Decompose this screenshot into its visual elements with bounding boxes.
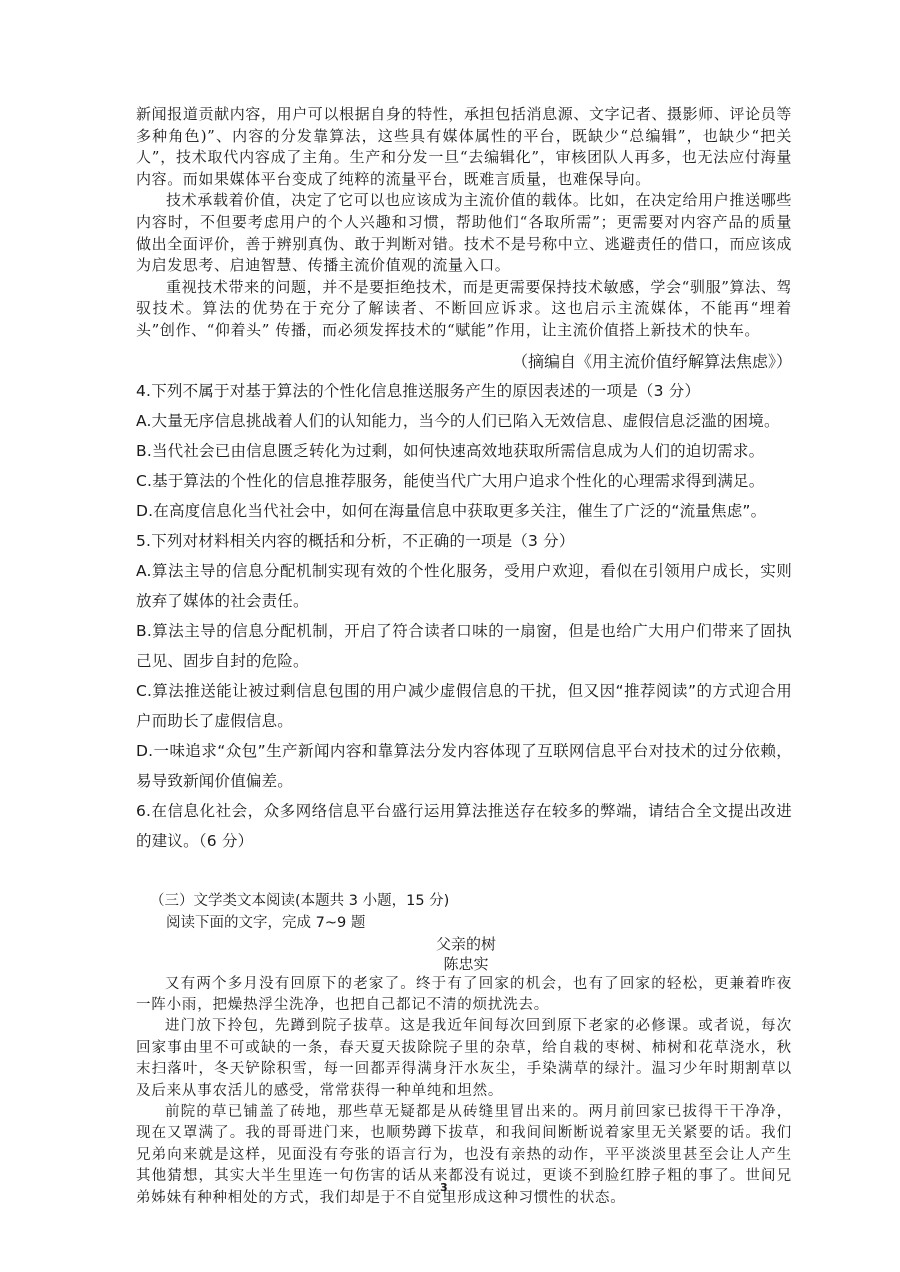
question-stem: 5.下列对材料相关内容的概括和分析，不正确的一项是（3 分） <box>136 526 792 556</box>
passage-paragraph: 技术承载着价值，决定了它可以也应该成为主流价值的载体。比如，在决定给用户推送哪些… <box>136 190 792 276</box>
option-a: A.算法主导的信息分配机制实现有效的个性化服务，受用户欢迎，看似在引领用户成长，… <box>136 556 792 616</box>
option-c: C.算法推送能让被过剩信息包围的用户减少虚假信息的干扰，但又因“推荐阅读”的方式… <box>136 676 792 736</box>
article-paragraph: 又有两个多月没有回原下的老家了。终于有了回家的机会，也有了回家的轻松，更兼着昨夜… <box>136 974 792 1017</box>
exam-page: 新闻报道贡献内容，用户可以根据自身的特性，承担包括消息源、文字记者、摄影师、评论… <box>136 104 792 1209</box>
article-author: 陈忠实 <box>136 954 792 974</box>
passage-paragraph: 新闻报道贡献内容，用户可以根据自身的特性，承担包括消息源、文字记者、摄影师、评论… <box>136 104 792 190</box>
question-4: 4.下列不属于对基于算法的个性化信息推送服务产生的原因表述的一项是（3 分） A… <box>136 376 792 526</box>
section-heading: （三）文学类文本阅读(本题共 3 小题，15 分) <box>150 890 792 912</box>
section-instruction: 阅读下面的文字，完成 7~9 题 <box>166 912 792 934</box>
passage-paragraph: 重视技术带来的问题，并不是要拒绝技术，而是更需要保持技术敏感，学会“驯服”算法、… <box>136 277 792 342</box>
option-b: B.算法主导的信息分配机制，开启了符合读者口味的一扇窗，但是也给广大用户们带来了… <box>136 616 792 676</box>
article-paragraph: 前院的草已铺盖了砖地，那些草无疑都是从砖缝里冒出来的。两月前回家已拔得干干净净，… <box>136 1102 792 1209</box>
article-title: 父亲的树 <box>136 934 792 954</box>
article-paragraph: 进门放下拎包，先蹲到院子拔草。这是我近年间每次回到原下老家的必修课。或者说，每次… <box>136 1016 792 1102</box>
option-d: D.在高度信息化当代社会中，如何在海量信息中获取更多关注，催生了广泛的“流量焦虑… <box>136 496 792 526</box>
option-a: A.大量无序信息挑战着人们的认知能力，当今的人们已陷入无效信息、虚假信息泛滥的困… <box>136 406 792 436</box>
section-literary-reading: （三）文学类文本阅读(本题共 3 小题，15 分) 阅读下面的文字，完成 7~9… <box>136 890 792 1209</box>
question-6: 6.在信息化社会，众多网络信息平台盛行运用算法推送存在较多的弊端，请结合全文提出… <box>136 796 792 856</box>
question-5: 5.下列对材料相关内容的概括和分析，不正确的一项是（3 分） A.算法主导的信息… <box>136 526 792 796</box>
page-number: 3 <box>440 1181 448 1194</box>
passage-source: （摘编自《用主流价值纾解算法焦虑》） <box>136 350 792 374</box>
passage-excerpt: 新闻报道贡献内容，用户可以根据自身的特性，承担包括消息源、文字记者、摄影师、评论… <box>136 104 792 374</box>
question-stem: 4.下列不属于对基于算法的个性化信息推送服务产生的原因表述的一项是（3 分） <box>136 376 792 406</box>
option-b: B.当代社会已由信息匮乏转化为过剩，如何快速高效地获取所需信息成为人们的迫切需求… <box>136 436 792 466</box>
option-d: D.一味追求“众包”生产新闻内容和靠算法分发内容体现了互联网信息平台对技术的过分… <box>136 736 792 796</box>
question-stem: 6.在信息化社会，众多网络信息平台盛行运用算法推送存在较多的弊端，请结合全文提出… <box>136 796 792 856</box>
option-c: C.基于算法的个性化的信息推荐服务，能使当代广大用户追求个性化的心理需求得到满足… <box>136 466 792 496</box>
